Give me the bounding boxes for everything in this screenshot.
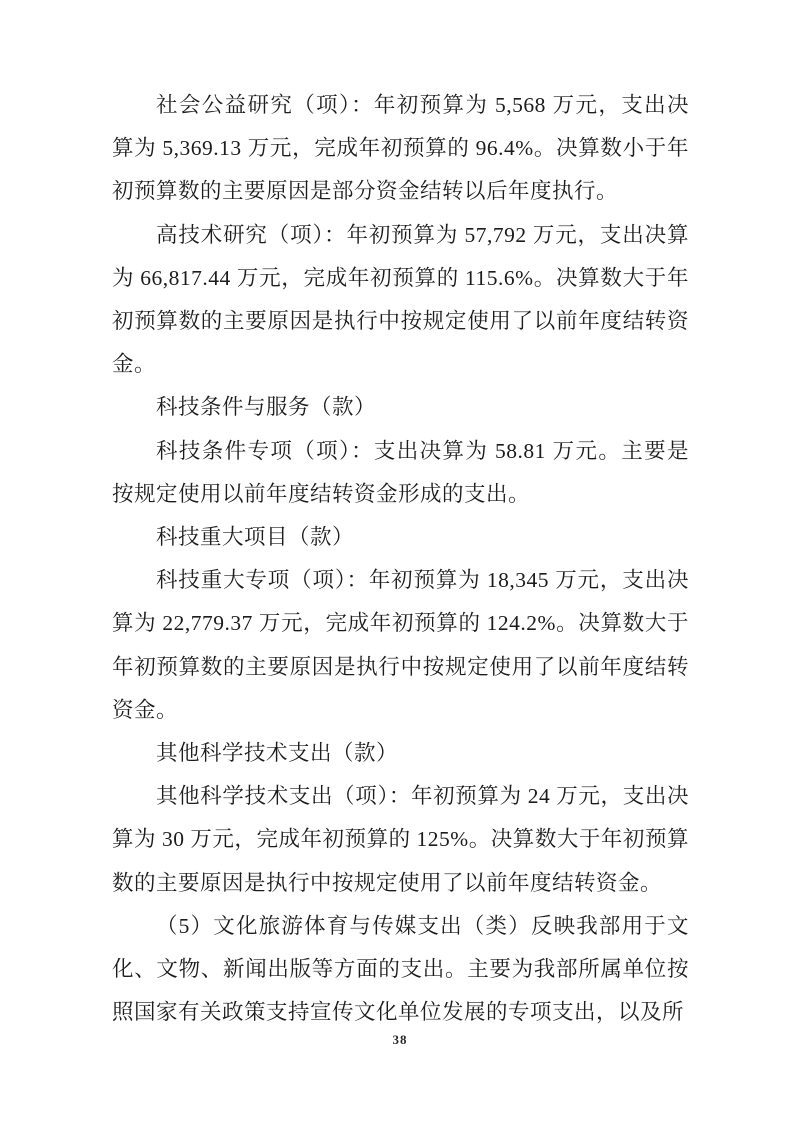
paragraph-other-sci-tech-heading: 其他科学技术支出（款） — [112, 732, 689, 775]
paragraph-sci-tech-conditions-special: 科技条件专项（项）：支出决算为 58.81 万元。主要是按规定使用以前年度结转资… — [112, 430, 689, 516]
paragraph-social-welfare-research: 社会公益研究（项）：年初预算为 5,568 万元，支出决算为 5,369.13 … — [112, 84, 689, 214]
document-page: 社会公益研究（项）：年初预算为 5,568 万元，支出决算为 5,369.13 … — [0, 0, 800, 1131]
paragraph-major-sci-tech-projects-heading: 科技重大项目（款） — [112, 516, 689, 559]
document-body: 社会公益研究（项）：年初预算为 5,568 万元，支出决算为 5,369.13 … — [112, 84, 689, 1034]
paragraph-high-tech-research: 高技术研究（项）：年初预算为 57,792 万元，支出决算为 66,817.44… — [112, 214, 689, 387]
paragraph-culture-tourism-sports-media: （5）文化旅游体育与传媒支出（类）反映我部用于文化、文物、新闻出版等方面的支出。… — [112, 905, 689, 1035]
paragraph-sci-tech-conditions-heading: 科技条件与服务（款） — [112, 386, 689, 429]
page-number: 38 — [393, 1032, 408, 1047]
paragraph-other-sci-tech-item: 其他科学技术支出（项）：年初预算为 24 万元，支出决算为 30 万元，完成年初… — [112, 775, 689, 905]
paragraph-major-sci-tech-special: 科技重大专项（项）：年初预算为 18,345 万元，支出决算为 22,779.3… — [112, 559, 689, 732]
page-footer: 38 — [0, 1031, 800, 1049]
